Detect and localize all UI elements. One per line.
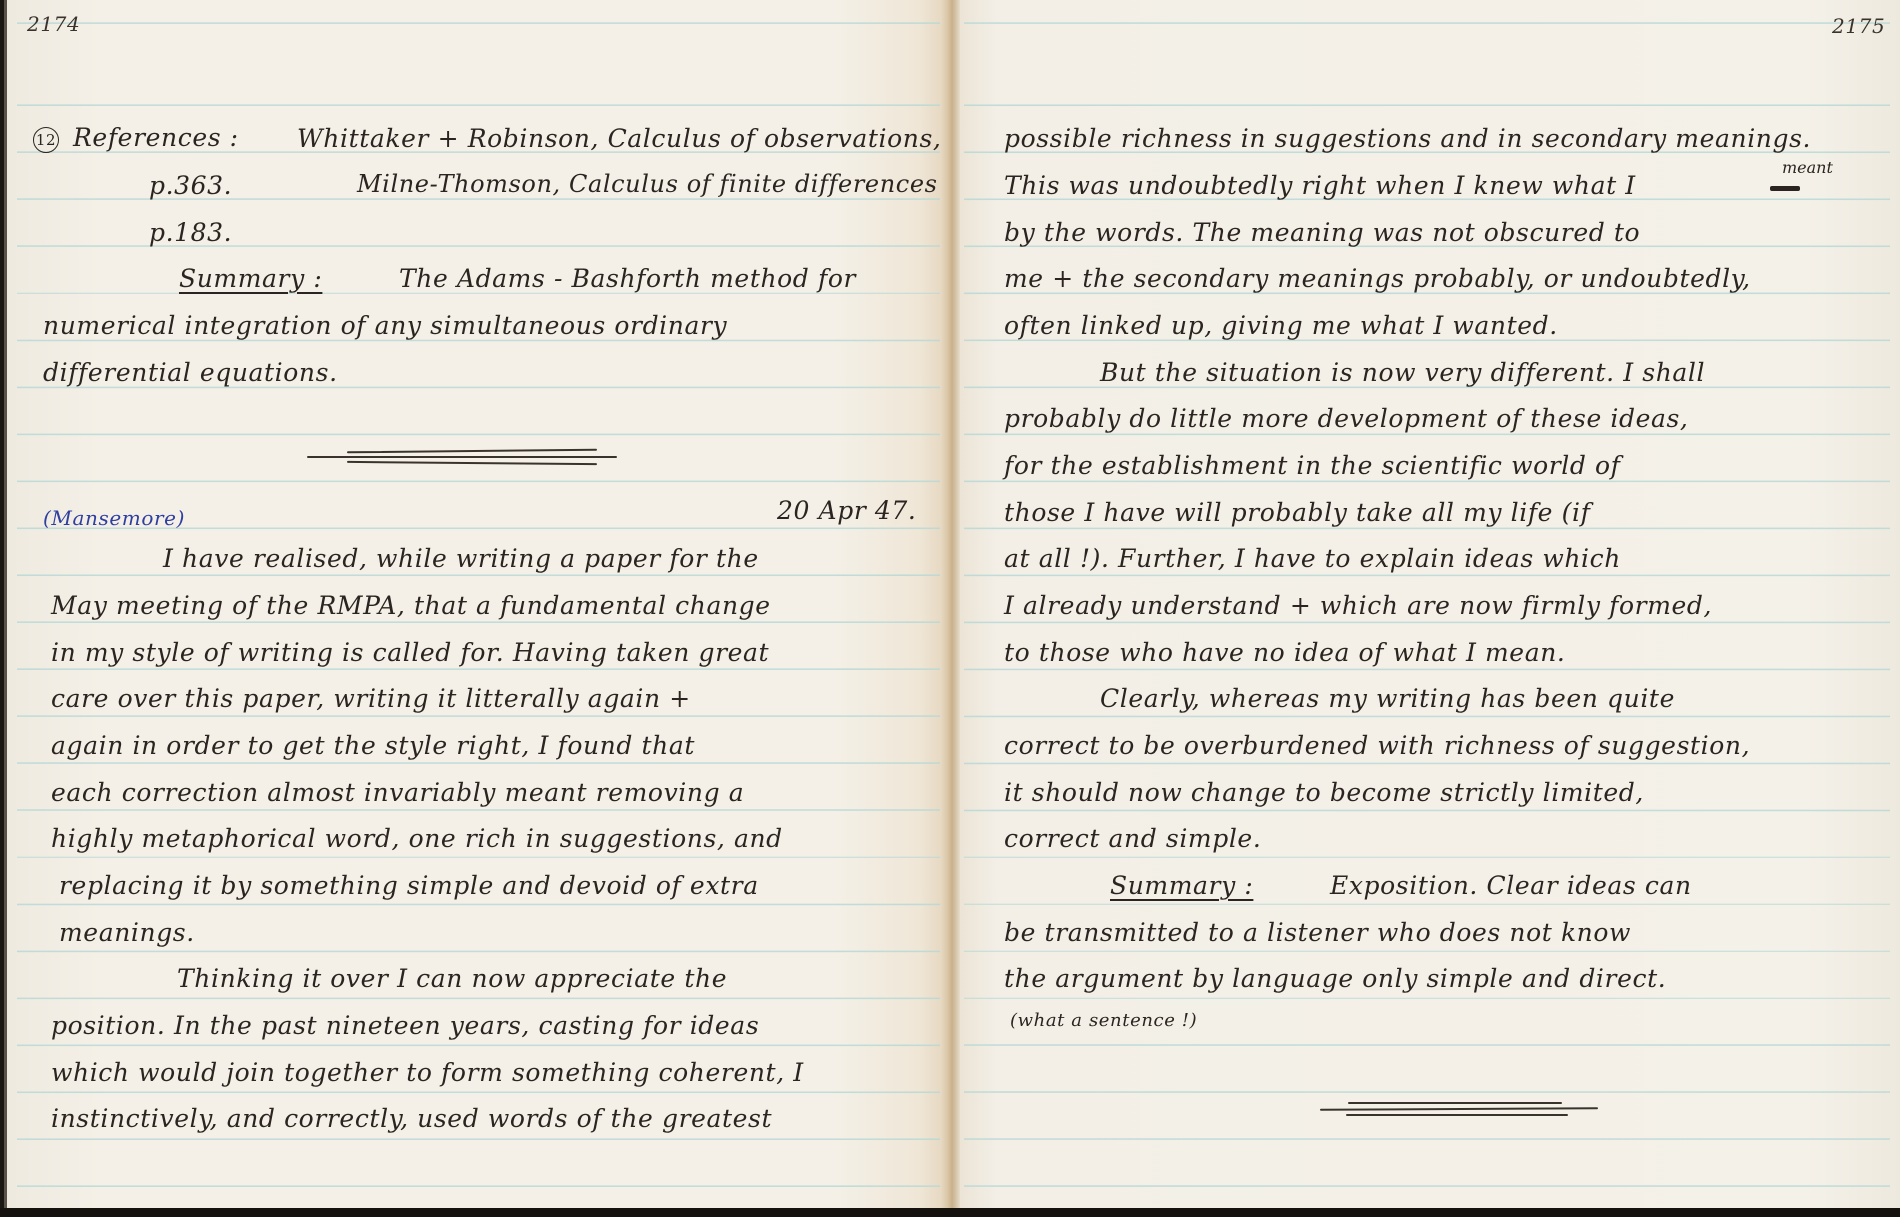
summary-line: the argument by language only simple and… [1004, 966, 1666, 991]
text-line: highly metaphorical word, one rich in su… [51, 826, 783, 851]
summary-label: Summary : [1110, 873, 1253, 898]
text-line: by the words. The meaning was not obscur… [1004, 220, 1640, 245]
right-page: 2175 possible richness in suggestions an… [960, 0, 1900, 1210]
text-line: possible richness in suggestions and in … [1004, 126, 1811, 151]
summary-line: differential equations. [43, 360, 338, 385]
section-divider [1320, 1100, 1610, 1120]
margin-note: (Mansemore) [43, 508, 185, 528]
summary-line: numerical integration of any simultaneou… [43, 313, 727, 338]
summary-line: The Adams - Bashforth method for [399, 266, 856, 291]
references-line: 12References : [33, 125, 239, 153]
text-line: care over this paper, writing it littera… [51, 686, 691, 711]
crossed-out-word [1770, 186, 1800, 191]
page-number: 2175 [1832, 16, 1885, 36]
text-line: often linked up, giving me what I wanted… [1004, 313, 1558, 338]
text-line: I have realised, while writing a paper f… [163, 546, 759, 571]
text-line: May meeting of the RMPA, that a fundamen… [51, 593, 771, 618]
reference-1-page: p.363. [149, 173, 232, 198]
notebook-spread: 2174 12References : Whittaker + Robinson… [0, 0, 1900, 1210]
text-line: for the establishment in the scientific … [1004, 453, 1621, 478]
text-line: in my style of writing is called for. Ha… [51, 640, 769, 665]
text-line: me + the secondary meanings probably, or… [1004, 266, 1751, 291]
entry-date: 20 Apr 47. [777, 498, 916, 523]
inserted-word: meant [1782, 158, 1833, 177]
entry-number-marker: 12 [33, 127, 59, 153]
summary-line: be transmitted to a listener who does no… [1004, 920, 1631, 945]
text-line: Thinking it over I can now appreciate th… [177, 966, 727, 991]
text-line: again in order to get the style right, I… [51, 733, 695, 758]
left-page: 2174 12References : Whittaker + Robinson… [4, 0, 948, 1210]
text-line: I already understand + which are now fir… [1004, 593, 1712, 618]
text-line: This was undoubtedly right when I knew w… [1004, 173, 1636, 198]
summary-line: Exposition. Clear ideas can [1330, 873, 1692, 898]
book-bottom-edge [0, 1208, 1900, 1217]
text-line: Clearly, whereas my writing has been qui… [1100, 686, 1675, 711]
text-line: to those who have no idea of what I mean… [1004, 640, 1565, 665]
text-line: instinctively, and correctly, used words… [51, 1106, 772, 1131]
text-line: it should now change to become strictly … [1004, 780, 1644, 805]
reference-2-page: p.183. [149, 220, 232, 245]
reference-2: Milne-Thomson, Calculus of finite differ… [357, 172, 938, 196]
page-number: 2174 [27, 14, 80, 34]
text-line: those I have will probably take all my l… [1004, 500, 1590, 525]
references-label: References : [73, 123, 239, 152]
text-line: probably do little more development of t… [1004, 406, 1688, 431]
text-line: correct and simple. [1004, 826, 1261, 851]
text-line: each correction almost invariably meant … [51, 780, 744, 805]
summary-label: Summary : [179, 266, 322, 291]
text-line: But the situation is now very different.… [1100, 360, 1705, 385]
book-gutter [940, 0, 962, 1210]
text-line: at all !). Further, I have to explain id… [1004, 546, 1621, 571]
reference-1: Whittaker + Robinson, Calculus of observ… [297, 126, 941, 151]
section-divider [307, 448, 627, 468]
aside-note: (what a sentence !) [1010, 1012, 1197, 1030]
text-line: meanings. [59, 920, 195, 945]
text-line: correct to be overburdened with richness… [1004, 733, 1750, 758]
text-line: which would join together to form someth… [51, 1060, 804, 1085]
text-line: position. In the past nineteen years, ca… [51, 1013, 759, 1038]
text-line: replacing it by something simple and dev… [59, 873, 759, 898]
